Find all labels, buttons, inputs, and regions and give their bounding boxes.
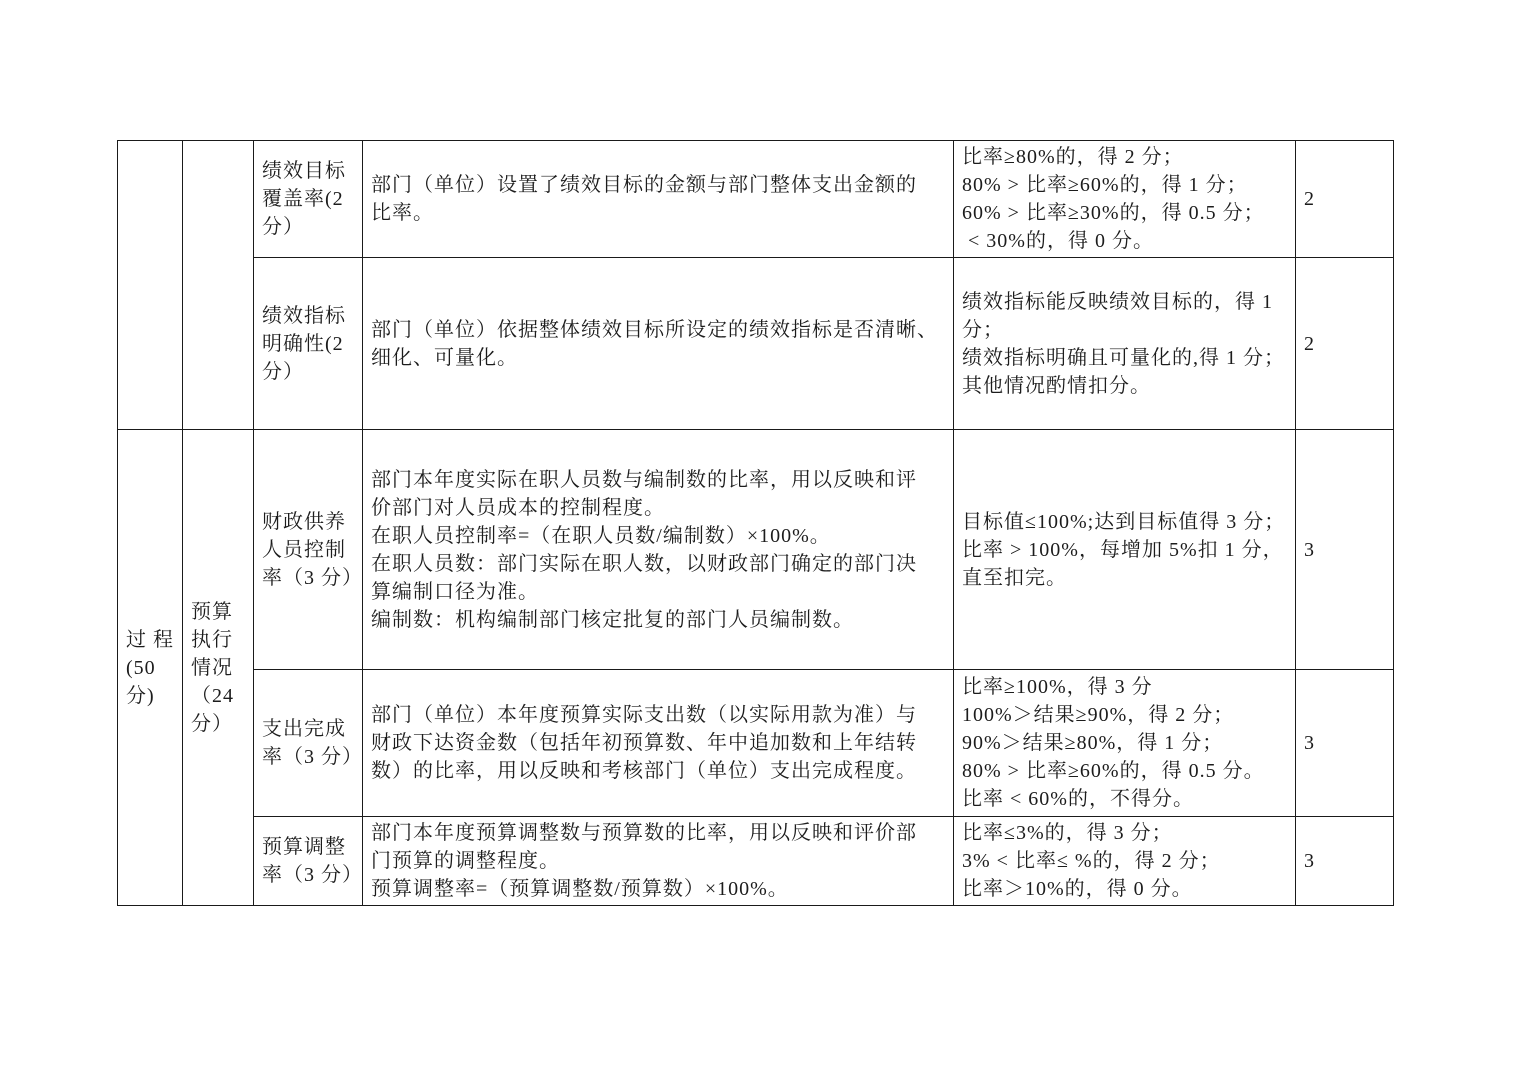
empty-subcategory-cell (183, 141, 254, 430)
criteria-cell-target-coverage: 比率≥80%的，得 2 分； 80% > 比率≥60%的，得 1 分； 60% … (954, 141, 1296, 258)
description-cell-staff-control: 部门本年度实际在职人员数与编制数的比率，用以反映和评 价部门对人员成本的控制程度… (363, 430, 954, 670)
subcategory-cell-budget-execution: 预算 执行 情况 （24 分） (183, 430, 254, 906)
empty-category-cell (118, 141, 183, 430)
score-cell-indicator-clarity: 2 (1296, 258, 1394, 430)
indicator-cell-indicator-clarity: 绩效指标 明确性(2 分） (254, 258, 363, 430)
description-cell-budget-adjustment: 部门本年度预算调整数与预算数的比率，用以反映和评价部 门预算的调整程度。 预算调… (363, 817, 954, 906)
table-row: 过 程 (50 分) 预算 执行 情况 （24 分） 财政供养 人员控制 率（3… (118, 430, 1394, 670)
table-row: 支出完成 率（3 分） 部门（单位）本年度预算实际支出数（以实际用款为准）与 财… (118, 670, 1394, 817)
score-cell-budget-adjustment: 3 (1296, 817, 1394, 906)
indicator-cell-expenditure-completion: 支出完成 率（3 分） (254, 670, 363, 817)
criteria-cell-staff-control: 目标值≤100%;达到目标值得 3 分； 比率 > 100%，每增加 5%扣 1… (954, 430, 1296, 670)
category-cell-process: 过 程 (50 分) (118, 430, 183, 906)
indicator-cell-budget-adjustment: 预算调整 率（3 分） (254, 817, 363, 906)
indicator-cell-target-coverage: 绩效目标 覆盖率(2 分） (254, 141, 363, 258)
score-cell-staff-control: 3 (1296, 430, 1394, 670)
criteria-cell-budget-adjustment: 比率≤3%的，得 3 分； 3% < 比率≤ %的，得 2 分； 比率＞10%的… (954, 817, 1296, 906)
description-cell-target-coverage: 部门（单位）设置了绩效目标的金额与部门整体支出金额的 比率。 (363, 141, 954, 258)
criteria-cell-indicator-clarity: 绩效指标能反映绩效目标的，得 1 分； 绩效指标明确且可量化的,得 1 分； 其… (954, 258, 1296, 430)
document-page: 绩效目标 覆盖率(2 分） 部门（单位）设置了绩效目标的金额与部门整体支出金额的… (0, 0, 1520, 1074)
score-cell-expenditure-completion: 3 (1296, 670, 1394, 817)
description-cell-indicator-clarity: 部门（单位）依据整体绩效目标所设定的绩效指标是否清晰、 细化、可量化。 (363, 258, 954, 430)
table-row: 绩效指标 明确性(2 分） 部门（单位）依据整体绩效目标所设定的绩效指标是否清晰… (118, 258, 1394, 430)
score-cell-target-coverage: 2 (1296, 141, 1394, 258)
description-cell-expenditure-completion: 部门（单位）本年度预算实际支出数（以实际用款为准）与 财政下达资金数（包括年初预… (363, 670, 954, 817)
indicator-cell-staff-control: 财政供养 人员控制 率（3 分） (254, 430, 363, 670)
table-row: 预算调整 率（3 分） 部门本年度预算调整数与预算数的比率，用以反映和评价部 门… (118, 817, 1394, 906)
evaluation-table: 绩效目标 覆盖率(2 分） 部门（单位）设置了绩效目标的金额与部门整体支出金额的… (117, 140, 1394, 906)
criteria-cell-expenditure-completion: 比率≥100%，得 3 分 100%＞结果≥90%，得 2 分； 90%＞结果≥… (954, 670, 1296, 817)
table-row: 绩效目标 覆盖率(2 分） 部门（单位）设置了绩效目标的金额与部门整体支出金额的… (118, 141, 1394, 258)
